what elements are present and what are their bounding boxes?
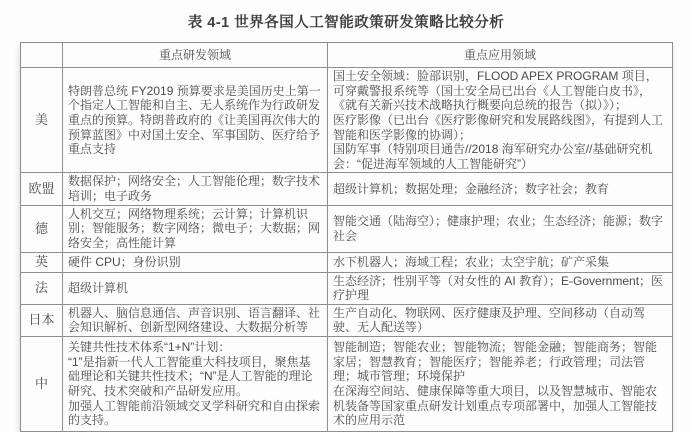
app-cell: 智能制造；智能农业；智能物流；智能金融；智能商务；智能家居；智慧教育；智能医疗；… — [328, 337, 673, 432]
country-label: 法 — [21, 272, 63, 304]
app-cell: 水下机器人；海域工程；农业；太空宇航；矿产采集 — [328, 252, 673, 272]
country-label: 中 — [21, 337, 63, 432]
app-cell: 国土安全领域：脸部识别，FLOOD APEX PROGRAM 项目，可穿戴警报系… — [328, 68, 673, 173]
header-cell-app: 重点应用领域 — [328, 43, 673, 68]
table-row-japan: 日本 机器人、脑信息通信、声音识别、语言翻译、社会知识解析、创新型网络建设、大数… — [21, 304, 673, 336]
country-label: 日本 — [21, 304, 63, 336]
app-cell: 生产自动化、物联网、医疗健康及护理、空间移动（自动驾驶、无人配送等） — [328, 304, 673, 336]
country-label: 欧盟 — [21, 173, 63, 205]
rd-cell: 人机交互；网络物理系统；云计算；计算机识别；智能服务；数字网络；微电子；大数据；… — [63, 205, 328, 252]
app-cell: 智能交通（陆海空）；健康护理；农业；生态经济；能源；数字社会 — [328, 205, 673, 252]
rd-cell: 关键共性技术体系“1+N”计划： “1”是指新一代人工智能重大科技项目，聚焦基础… — [63, 337, 328, 432]
rd-cell: 硬件 CPU；身份识别 — [63, 252, 328, 272]
rd-cell: 超级计算机 — [63, 272, 328, 304]
country-label: 英 — [21, 252, 63, 272]
table-row-eu: 欧盟 数据保护；网络安全；人工智能伦理；数字技术培训；电子政务 超级计算机；数据… — [21, 173, 673, 205]
table-row-france: 法 超级计算机 生态经济；性别平等（对女性的 AI 教育）；E-Governme… — [21, 272, 673, 304]
header-row: 重点研发领域 重点应用领域 — [21, 43, 673, 68]
country-label: 德 — [21, 205, 63, 252]
header-cell-country — [21, 43, 63, 68]
app-cell: 生态经济；性别平等（对女性的 AI 教育）；E-Government；医疗护理 — [328, 272, 673, 304]
table-row-us: 美 特朗普总统 FY2019 预算要求是美国历史上第一个指定人工智能和自主、无人… — [21, 68, 673, 173]
table-row-china: 中 关键共性技术体系“1+N”计划： “1”是指新一代人工智能重大科技项目，聚焦… — [21, 337, 673, 432]
page-title: 表 4-1 世界各国人工智能政策研发策略比较分析 — [0, 0, 692, 32]
policy-comparison-table: 重点研发领域 重点应用领域 美 特朗普总统 FY2019 预算要求是美国历史上第… — [20, 42, 673, 431]
country-label: 美 — [21, 68, 63, 173]
header-cell-rd: 重点研发领域 — [63, 43, 328, 68]
rd-cell: 特朗普总统 FY2019 预算要求是美国历史上第一个指定人工智能和自主、无人系统… — [63, 68, 328, 173]
rd-cell: 数据保护；网络安全；人工智能伦理；数字技术培训；电子政务 — [63, 173, 328, 205]
rd-cell: 机器人、脑信息通信、声音识别、语言翻译、社会知识解析、创新型网络建设、大数据分析… — [63, 304, 328, 336]
table-row-germany: 德 人机交互；网络物理系统；云计算；计算机识别；智能服务；数字网络；微电子；大数… — [21, 205, 673, 252]
table-row-uk: 英 硬件 CPU；身份识别 水下机器人；海域工程；农业；太空宇航；矿产采集 — [21, 252, 673, 272]
app-cell: 超级计算机；数据处理；金融经济；数字社会；教育 — [328, 173, 673, 205]
